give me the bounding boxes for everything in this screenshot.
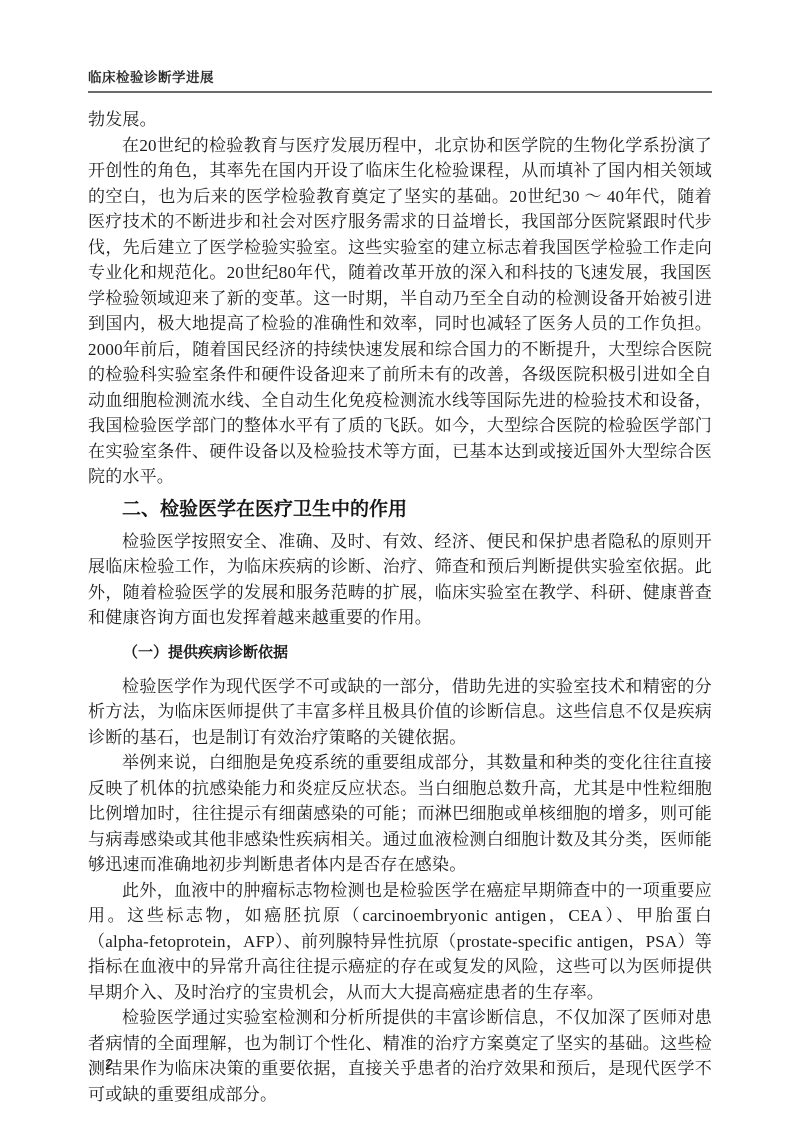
- paragraph-role-principles: 检验医学按照安全、准确、及时、有效、经济、便民和保护患者隐私的原则开展临床检验工…: [88, 529, 712, 631]
- paragraph-tumor-markers: 此外，血液中的肿瘤标志物检测也是检验医学在癌症早期筛查中的一项重要应用。这些标志…: [88, 878, 712, 1006]
- page-body: 勃发展。 在20世纪的检验教育与医疗发展历程中，北京协和医学院的生物化学系扮演了…: [88, 107, 712, 1107]
- paragraph-continuation: 勃发展。: [88, 107, 712, 133]
- paragraph-clinical-decision: 检验医学通过实验室检测和分析所提供的丰富诊断信息，不仅加深了医师对患者病情的全面…: [88, 1005, 712, 1107]
- section-heading: 二、检验医学在医疗卫生中的作用: [88, 497, 712, 523]
- paragraph-history: 在20世纪的检验教育与医疗发展历程中，北京协和医学院的生物化学系扮演了开创性的角…: [88, 133, 712, 490]
- page-number: 2: [105, 1056, 113, 1073]
- document-page: 临床检验诊断学进展 勃发展。 在20世纪的检验教育与医疗发展历程中，北京协和医学…: [88, 70, 712, 1107]
- running-header: 临床检验诊断学进展: [88, 70, 712, 93]
- subsection-heading: （一）提供疾病诊断依据: [88, 642, 712, 663]
- paragraph-diagnostic-value: 检验医学作为现代医学不可或缺的一部分，借助先进的实验室技术和精密的分析方法，为临…: [88, 674, 712, 751]
- paragraph-wbc-example: 举例来说，白细胞是免疫系统的重要组成部分，其数量和种类的变化往往直接反映了机体的…: [88, 750, 712, 878]
- running-header-title: 临床检验诊断学进展: [88, 70, 712, 86]
